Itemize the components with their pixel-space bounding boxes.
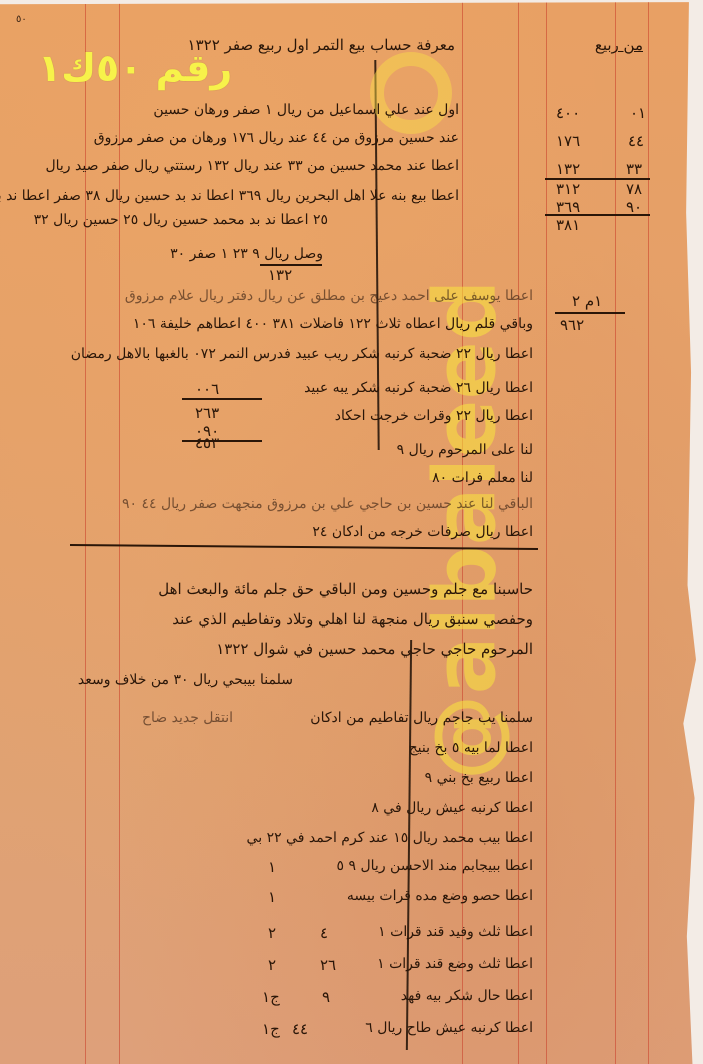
col1-value: ٧٨: [626, 180, 642, 198]
ledger-entry: اعطا ريال ٢٦ ضحبة كرنبه شكر يبه عبيد: [304, 380, 533, 396]
page-number: ٥٠: [16, 14, 27, 25]
col2-value: ١٣٢: [556, 160, 580, 178]
ledger-entry: اعطا ريال ٢٢ وقرات خرجت احكاد: [335, 408, 533, 424]
col2-value: ٤٠٠: [556, 104, 580, 122]
ledger-entry: اعطا ربيع بخ بني ٩: [425, 770, 533, 786]
ledger-entry: لنا على المرحوم ريال ٩: [397, 442, 533, 458]
col2-value: ١٧٦: [556, 132, 580, 150]
ledger-entry: اعطا بيب محمد ريال ١٥ عند كرم احمد في ٢٢…: [247, 830, 533, 846]
ledger-entry: اعطا كرنبه عيش ريال في ٨: [371, 800, 533, 816]
section2-header: اعطا يوسف على احمد دعيج بن مطلق عن ريال …: [125, 288, 533, 304]
paragraph-line: حاسبنا مع جلم وحسين ومن الباقي حق جلم ما…: [158, 580, 533, 598]
entry-mark: ٢: [268, 956, 276, 974]
section2-sum: ٢٦٣: [195, 404, 219, 422]
ledger-line: [615, 0, 616, 1064]
watermark-at-icon: [370, 52, 452, 134]
entry-amount: ٢٦: [320, 956, 336, 974]
section2-sum: ٤٥٣: [195, 434, 219, 452]
section2-total-bottom: ٩٦٢: [560, 316, 584, 334]
sum-rule: [545, 178, 650, 180]
ledger-entry: اعطا ببيجابم مند الاحسن ريال ٩ ٥: [337, 858, 533, 874]
entry-amount: ٤: [320, 924, 328, 942]
entry-mark: ج١: [262, 988, 280, 1006]
ledger-entry: اعطا ثلث وضع قند قرات ١: [377, 956, 533, 972]
entry-amount: ٩: [322, 988, 330, 1006]
paragraph-line: المرحوم حاجي حاجي محمد حسين في شوال ١٣٢٢: [216, 640, 533, 658]
col1-value: ٠١: [630, 104, 646, 122]
ledger-line: [546, 0, 547, 1064]
sum-rule: [182, 440, 262, 442]
ledger-entry: عند حسين مرزوق من ٤٤ عند ريال ١٧٦ ورهان …: [94, 130, 459, 146]
col1-value: ٣٣: [626, 160, 642, 178]
ledger-entry: ٢٥ اعطا ند بد محمد حسين ريال ٢٥ حسين ريا…: [34, 212, 328, 228]
ledger-entry: سلمنا يب جاجم ريال تفاطيم من ادكان: [310, 710, 533, 726]
ledger-page: @albaleed ٥٠ معرفة حساب بيع التمر اول رب…: [0, 0, 703, 1064]
section2-total-top: ١م ٢: [572, 292, 602, 310]
ledger-line: [648, 0, 649, 1064]
ledger-entry: لنا معلم فرات ٨٠: [432, 470, 533, 486]
margin-note: انتقل جديد ضاح: [142, 710, 233, 726]
entry-amount: ٤٤: [292, 1020, 308, 1038]
ledger-entry: اعطا بيع بنه علا اهل البحرين ريال ٣٦٩ اع…: [0, 188, 459, 204]
closing-line: اعطا ريال صرفات خرجه من ادكان ٢٤: [312, 524, 533, 540]
paragraph-line: وحفصي سنبق ريال منجهة لنا اهلي وتلاد وتف…: [172, 610, 533, 628]
ledger-entry: اعطا لما بيه ٥ بخ بنيج: [409, 740, 533, 756]
col2-subtotal: ٣٨١: [556, 216, 580, 234]
ledger-entry: اعطا ثلث وفيد قند قرات ١: [378, 924, 533, 940]
archive-label: رقم ٥٠ك١: [38, 46, 232, 90]
section2-sum: ٠٠٦: [195, 380, 219, 398]
ledger-entry: اعطا ريال ٢٢ ضحبة كرنبه شكر ريب عبيد فدر…: [71, 346, 533, 362]
sum-rule: [182, 398, 262, 400]
remainder-line: الباقي لنا عند حسين بن حاجي علي بن مرزوق…: [122, 496, 533, 512]
ledger-entry: اعطا حصو وضع مده قرات بيسه: [347, 888, 533, 904]
col1-value: ٤٤: [628, 132, 644, 150]
ledger-entry: وصل ريال ٩ ٢٣ ١ صفر ٣٠: [170, 246, 323, 262]
entry-mark: ١: [268, 888, 276, 906]
ledger-entry: اعطا عند محمد حسين من ٣٣ عند ريال ١٣٢ رس…: [45, 158, 459, 174]
margin-note: سلمنا بيبحي ريال ٣٠ من خلاف وسعد: [78, 672, 293, 688]
section1-sum: ١٣٢: [268, 266, 292, 284]
sum-rule: [545, 214, 650, 216]
ledger-entry: وباقي قلم ريال اعطاه ثلاث ١٢٢ فاضلات ٣٨١…: [133, 316, 533, 332]
entry-mark: ١: [268, 858, 276, 876]
ledger-entry: اول عند علي اسماعيل من ريال ١ صفر ورهان …: [153, 102, 459, 118]
sum-rule: [555, 312, 625, 314]
ledger-entry: اعطا كرنبه عيش طاح ريال ٦: [365, 1020, 533, 1036]
col2-value: ٣١٢: [556, 180, 580, 198]
entry-mark: ٢: [268, 924, 276, 942]
column-heading: من ربيع: [595, 36, 643, 54]
ledger-entry: اعطا حال شكر بيه فهد: [401, 988, 533, 1004]
entry-mark: ج١: [262, 1020, 280, 1038]
